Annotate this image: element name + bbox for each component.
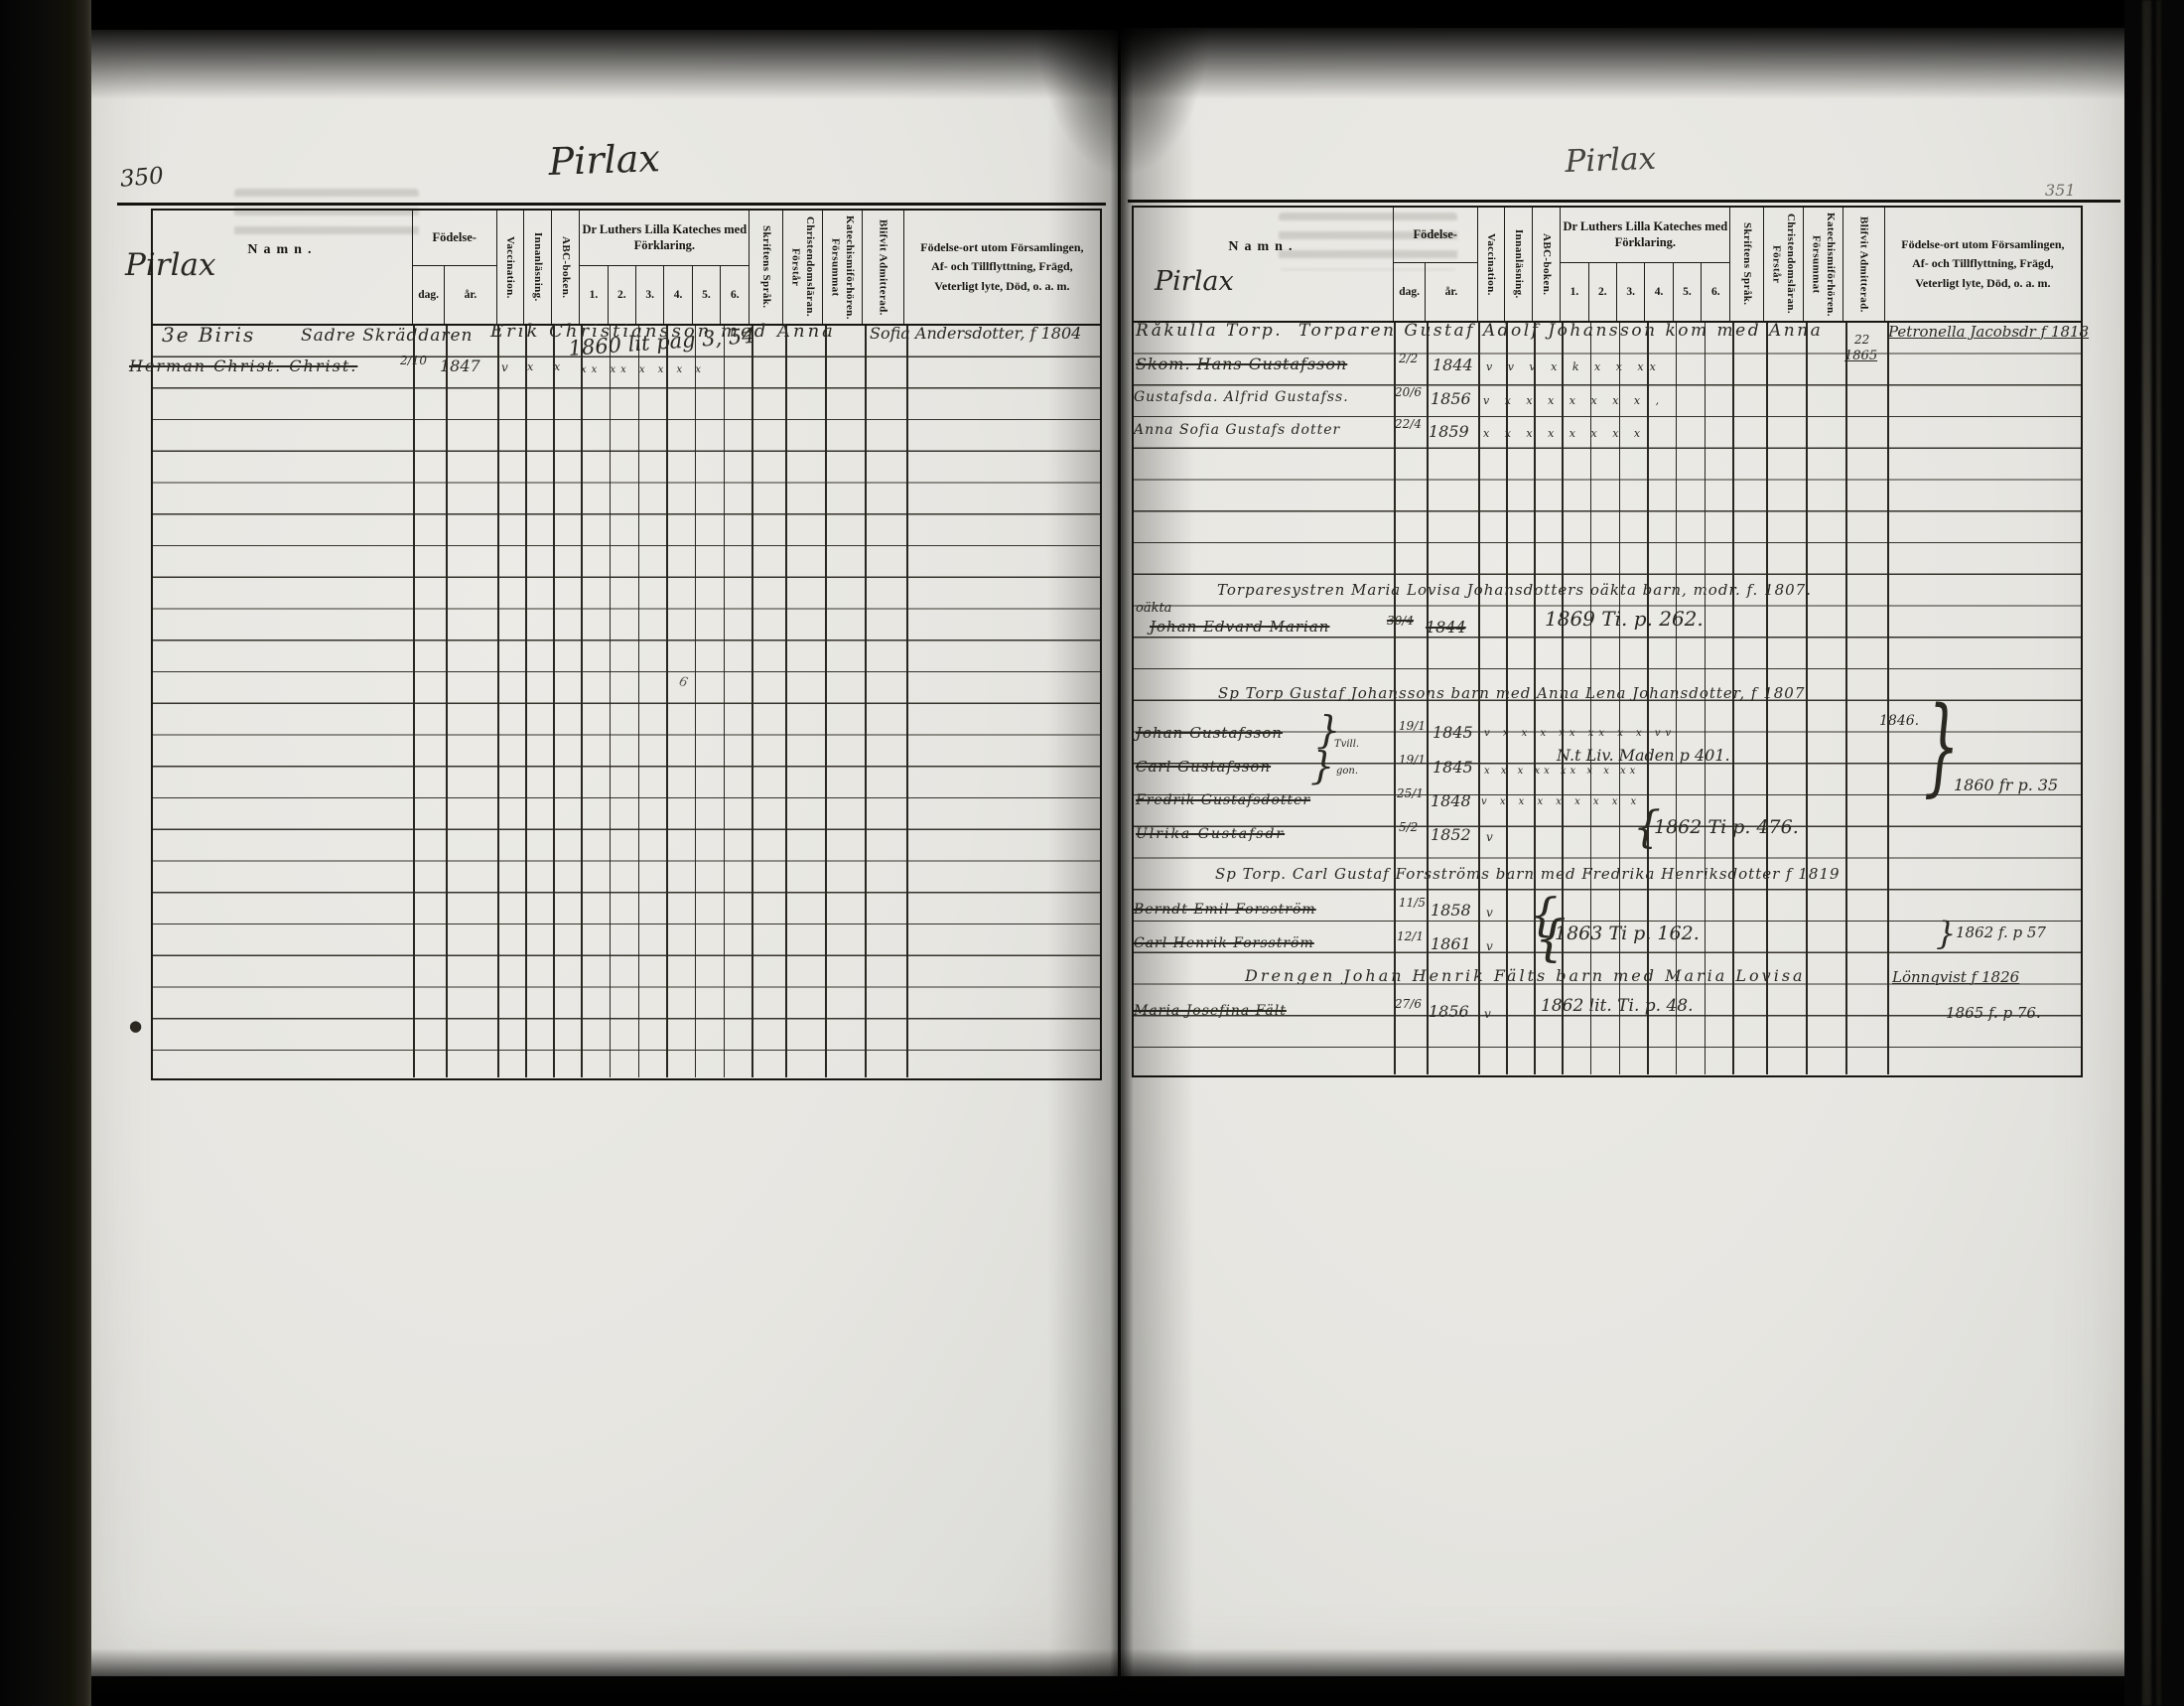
handwritten-entry: v bbox=[1484, 1008, 1491, 1020]
handwritten-entry: 1847 bbox=[440, 358, 480, 374]
handwritten-entry: x x x xx xx x x xx bbox=[1484, 767, 1639, 777]
handwritten-entry: 27/6 bbox=[1395, 998, 1422, 1010]
handwritten-entry: N.t Liv. Maden p 401. bbox=[1557, 748, 1730, 764]
handwritten-entry: Petronella Jacobsdr f 1818 bbox=[1888, 325, 2089, 340]
handwritten-entry: 1865 bbox=[1844, 350, 1877, 362]
handwritten-entry: 12/1 bbox=[1397, 930, 1424, 942]
gutter-shadow bbox=[1048, 0, 1195, 1706]
handwritten-entry: v v v x k x x xx bbox=[1486, 361, 1662, 372]
handwritten-entry: 2/10 bbox=[400, 355, 427, 366]
handwritten-entry: v bbox=[1486, 940, 1493, 952]
handwritten-entry: 30/4 bbox=[1387, 615, 1414, 627]
handwritten-entry: Tvill. bbox=[1334, 740, 1359, 750]
handwritten-entry: x bbox=[527, 361, 533, 372]
handwritten-entry: 3e Biris bbox=[162, 325, 255, 345]
handwritten-entry: 1869 Ti. p. 262. bbox=[1545, 609, 1704, 629]
handwritten-entry: 1862 f. p 57 bbox=[1956, 925, 2046, 940]
handwritten-entry: 1858 bbox=[1431, 903, 1471, 919]
handwritten-entry: 1863 Ti p. 162. bbox=[1555, 924, 1700, 943]
handwritten-entry: ● bbox=[129, 1019, 142, 1034]
scan-right-edge bbox=[2124, 0, 2184, 1706]
handwritten-entry: v x x x x x x x , bbox=[1483, 395, 1665, 406]
handwritten-entry: 1844 bbox=[1426, 620, 1466, 636]
handwritten-entry: 5/2 bbox=[1399, 821, 1418, 833]
handwritten-entry: x x x x x x x x bbox=[1483, 428, 1646, 439]
handwritten-entry: 25/1 bbox=[1397, 787, 1424, 799]
handwritten-entry: v bbox=[1486, 831, 1493, 843]
handwritten-entry: 1861 bbox=[1431, 936, 1471, 952]
handwritten-entry: 1860 fr p. 35 bbox=[1954, 778, 2058, 793]
handwritten-entry: 11/5 bbox=[1399, 897, 1426, 909]
handwritten-entry: 1846. bbox=[1879, 714, 1919, 728]
handwritten-entry: x bbox=[554, 361, 560, 372]
handwritten-entry: } bbox=[1310, 747, 1334, 784]
handwritten-entry: 1856 bbox=[1431, 391, 1471, 407]
handwritten-entry: Råkulla Torp. Torparen Gustaf Adolf Joha… bbox=[1136, 323, 1823, 340]
handwritten-entry: 1845 bbox=[1433, 760, 1473, 776]
book-edge-stripe bbox=[2156, 0, 2161, 1706]
handwritten-entry: 1845 bbox=[1433, 725, 1473, 741]
handwritten-entry: 2/2 bbox=[1399, 353, 1418, 364]
gutter-line bbox=[1118, 0, 1121, 1706]
handwritten-entry: } bbox=[1936, 918, 1956, 949]
handwritten-entry: 19/1 bbox=[1399, 720, 1426, 732]
handwritten-entry: Lönnqvist f 1826 bbox=[1892, 970, 2019, 985]
handwritten-entry: Sadre Skräddaren bbox=[301, 328, 474, 345]
handwritten-entry: 1848 bbox=[1431, 793, 1471, 809]
handwritten-entry: gon. bbox=[1336, 767, 1358, 777]
book-edge-stripe bbox=[2142, 0, 2151, 1706]
handwritten-entry: 20/6 bbox=[1395, 386, 1422, 398]
handwritten-entry: 1852 bbox=[1431, 827, 1471, 843]
handwritten-entry: Torparesystren Maria Lovisa Johansdotter… bbox=[1217, 583, 1812, 598]
handwritten-entry: 1862 lit. Ti. p. 48. bbox=[1541, 998, 1694, 1015]
handwritten-entry: 22 bbox=[1854, 334, 1869, 346]
bottom-shadow bbox=[85, 1648, 2128, 1706]
handwritten-entry: v bbox=[501, 361, 508, 373]
handwritten-entry: Herman Christ. Christ. bbox=[129, 358, 357, 374]
handwritten-entry: Sp Torp Gustaf Johanssons barn med Anna … bbox=[1218, 686, 1805, 701]
handwritten-entry: 1844 bbox=[1433, 357, 1473, 373]
handwritten-entry: 1865 f. p 76. bbox=[1946, 1006, 2041, 1021]
handwritten-entry: xx xx x x x x bbox=[581, 365, 706, 375]
handwritten-entry: 1862 Ti p. 476. bbox=[1654, 818, 1799, 837]
book-scan: 350 351 Pirlax Pirlax Pirlax Pirlax Namn… bbox=[0, 0, 2184, 1706]
handwritten-entry: v bbox=[1486, 907, 1493, 919]
handwritten-entry: v x x x x x x x x bbox=[1481, 797, 1641, 807]
handwritten-entry: Sp Torp. Carl Gustaf Forsströms barn med… bbox=[1215, 867, 1841, 882]
handwritten-entry: 1859 bbox=[1429, 424, 1469, 440]
handwritten-entry: 19/1 bbox=[1399, 754, 1426, 766]
top-shadow bbox=[85, 0, 2128, 99]
handwritten-entry: 22/4 bbox=[1395, 418, 1422, 430]
scan-left-edge bbox=[0, 0, 91, 1706]
handwritten-entry: 6 bbox=[678, 675, 689, 690]
handwritten-entry: v x x x xx xx x x vv bbox=[1484, 729, 1676, 739]
handwritten-entry: Drengen Johan Henrik Fälts barn med Mari… bbox=[1245, 968, 1806, 984]
handwritten-entry: 1856 bbox=[1429, 1004, 1469, 1020]
